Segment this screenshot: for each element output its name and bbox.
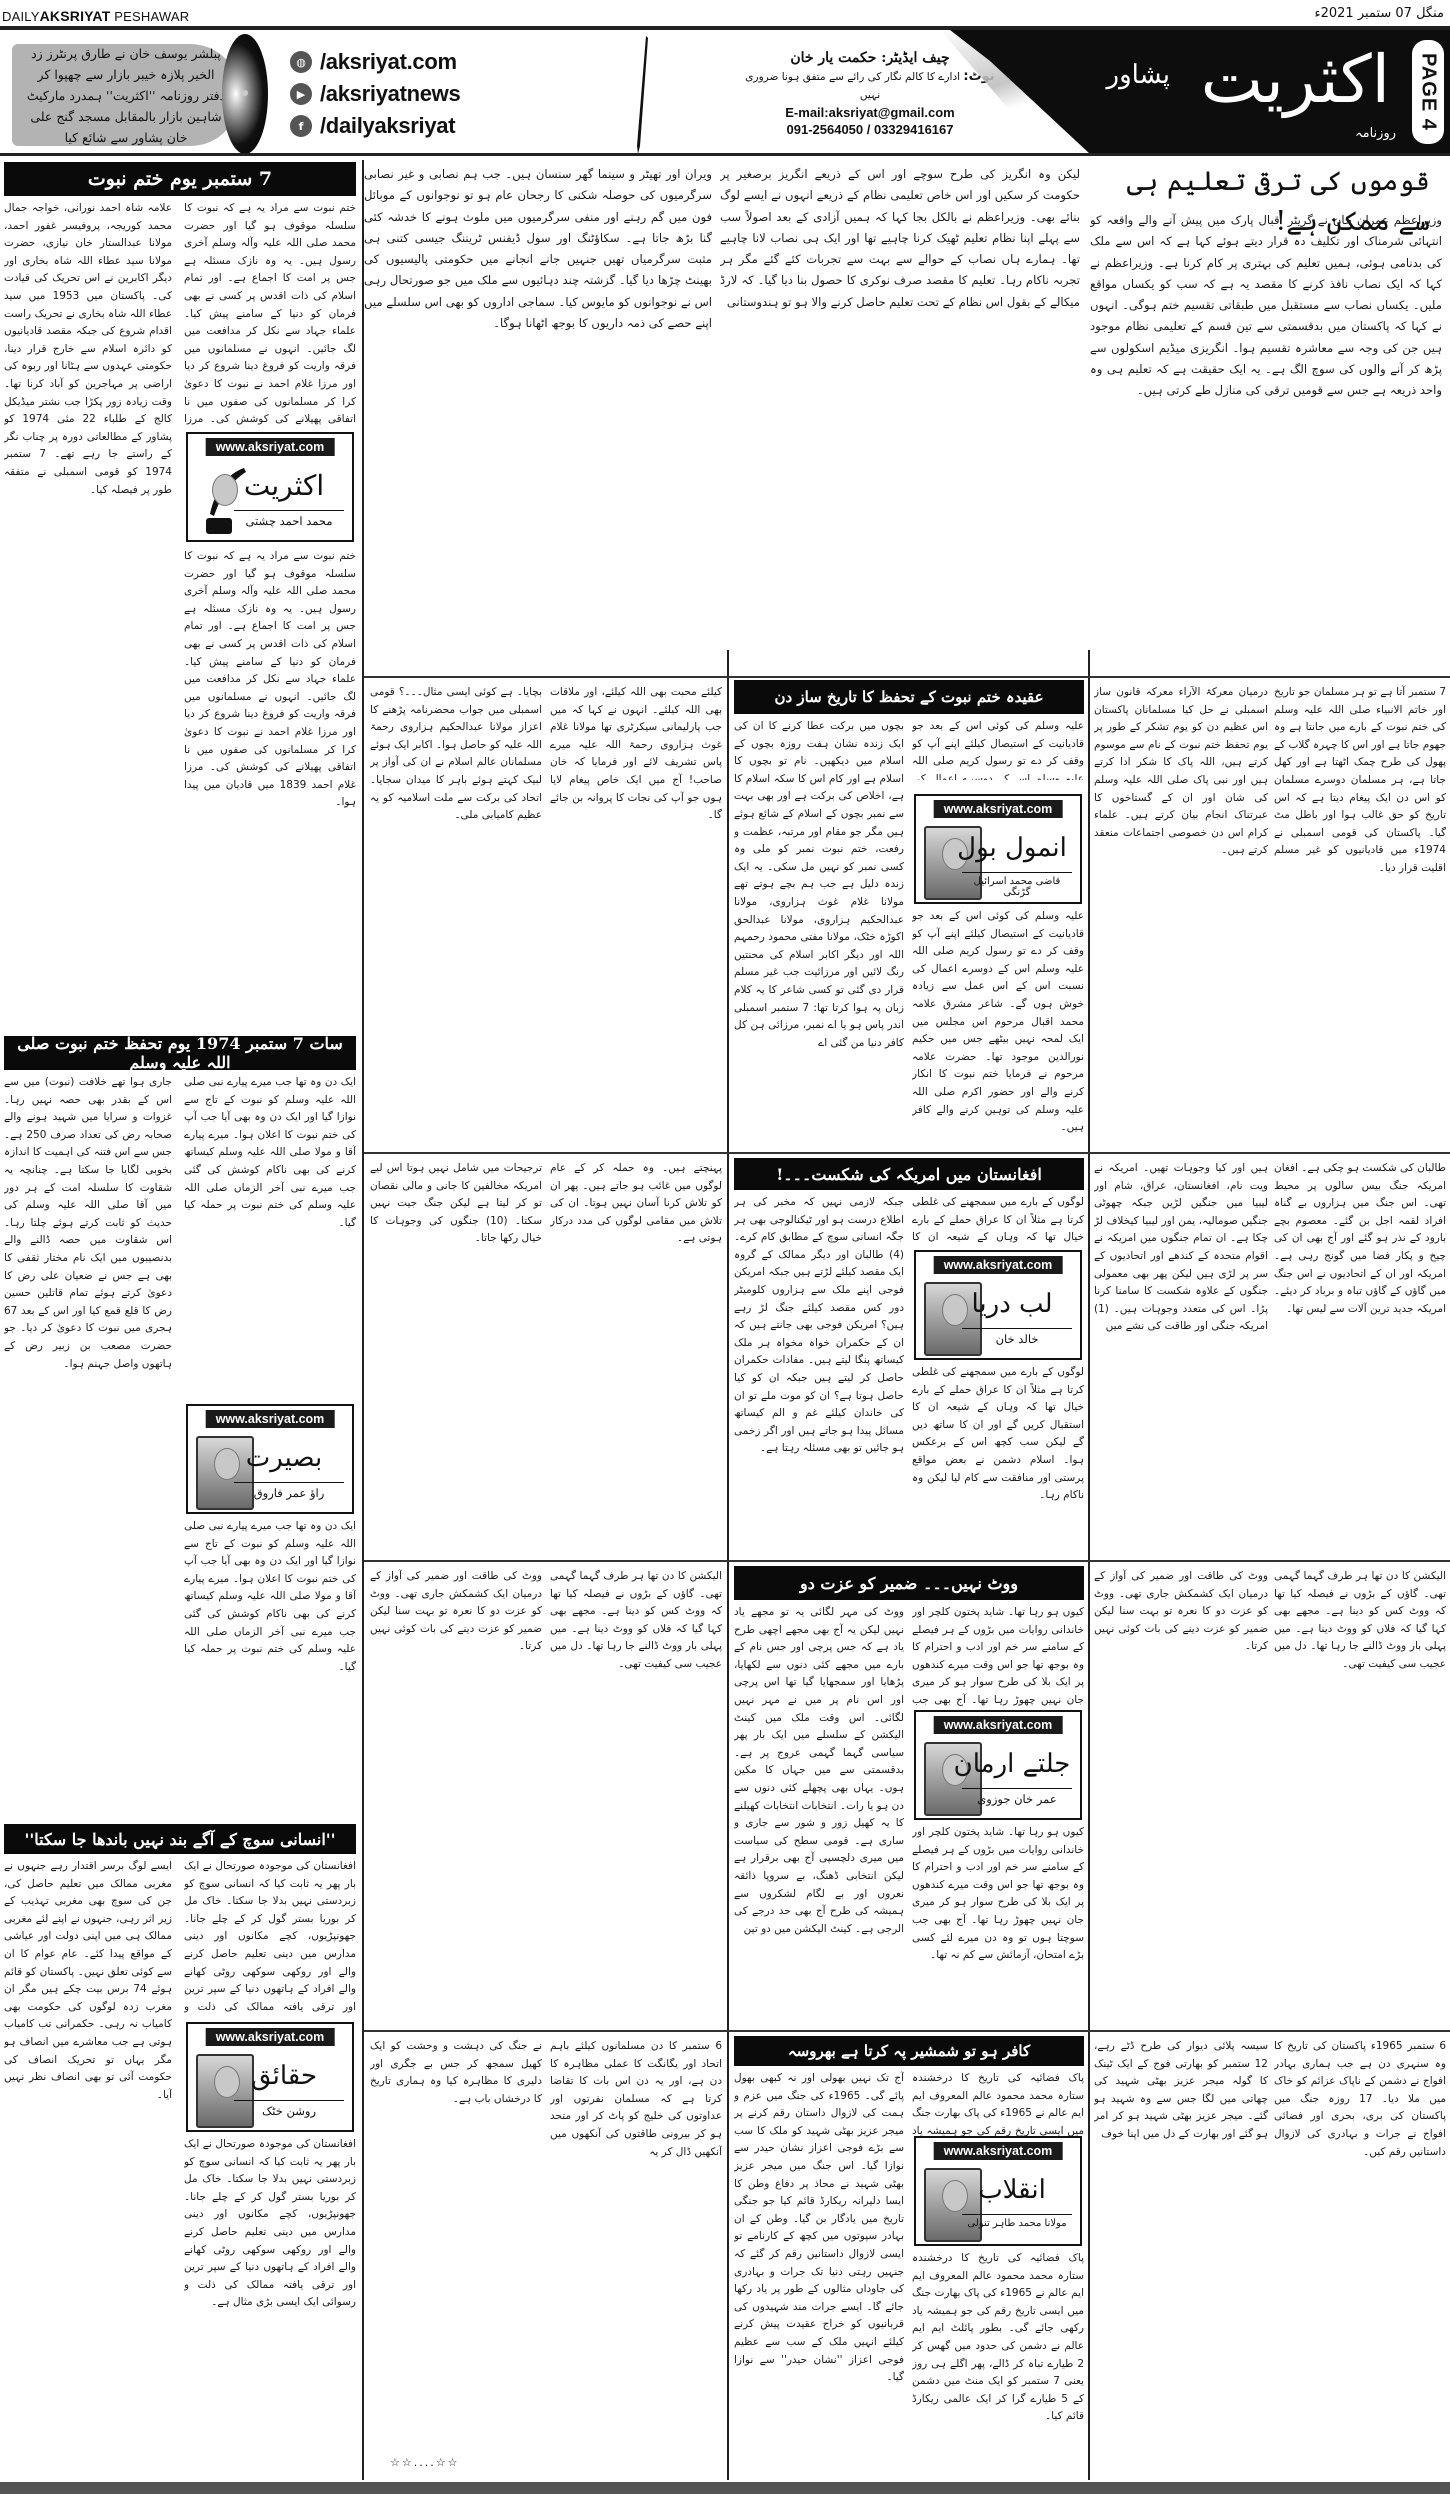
- columnist-box: www.aksriyat.com انمول بول قاضی محمد اسر…: [914, 794, 1082, 904]
- section-header-vote: ووٹ نہیں۔۔۔ ضمیر کو عزت دو: [734, 1566, 1084, 1600]
- article-column: ختم نبوت سے مراد یہ ہے کہ نبوت کا سلسلہ …: [184, 200, 356, 428]
- newspaper-logo: اکثریت: [1201, 40, 1390, 120]
- article-column: ووٹ کی مہر لگائی یہ تو مجھے یاد نہیں لیک…: [734, 1604, 904, 2024]
- article-column: لوگوں کے بارے میں سمجھنے کی غلطی کرتا ہے…: [912, 1194, 1084, 1248]
- editorial-column-3: ویران اور تھیٹر و سینما گھر سنسان ہیں۔ ج…: [364, 164, 712, 650]
- columnist-box: www.aksriyat.com لب دریا خالد خان: [914, 1250, 1082, 1360]
- website-label: www.aksriyat.com: [934, 800, 1063, 818]
- contact-phone: 091-2564050 / 03329416167: [740, 121, 1000, 138]
- masthead: پبلشر یوسف خان نے طارق پرنٹرز زد الخیر پ…: [0, 26, 1450, 156]
- paper-name-suffix: PESHAWAR: [114, 9, 189, 24]
- section-header-khatm-e-nabuwwat: 7 ستمبر یوم ختم نبوت: [4, 162, 356, 196]
- columnist-title: انمول بول: [952, 830, 1072, 866]
- issue-date: منگل 07 ستمبر 2021ء: [1314, 6, 1444, 21]
- website-label: www.aksriyat.com: [206, 438, 335, 456]
- columnist-title: اکثریت: [224, 468, 344, 504]
- page-badge: PAGE 4: [1412, 40, 1444, 144]
- article-column: ہیں اور کیا وجوہات تھیں۔ امریکہ نے ویت ن…: [1094, 1160, 1268, 1554]
- columnist-author: روشن خٹک: [234, 2104, 344, 2118]
- article-column: کیوں ہو رہا تھا۔ شاید پختون کلچر اور خان…: [912, 1604, 1084, 1710]
- columnist-box: www.aksriyat.com اکثریت محمد احمد چشتی: [186, 432, 354, 542]
- website-label: www.aksriyat.com: [934, 2142, 1063, 2160]
- article-column: ختم نبوت سے مراد یہ ہے کہ نبوت کا سلسلہ …: [184, 548, 356, 1020]
- section-divider: [364, 1152, 1450, 1154]
- article-column: 6 ستمبر کا دن مسلمانوں کیلئے باہم اتحاد …: [550, 2038, 722, 2478]
- section-divider: [364, 1560, 1450, 1562]
- article-column: ووٹ کی طاقت اور ضمیر کی آواز کے درمیان ا…: [1094, 1568, 1268, 2024]
- editorial-column-1: وزیراعظم عمران خان نے گریٹر اقبال پارک م…: [1090, 210, 1442, 650]
- article-column: نے جنگ کی دہشت و وحشت کو ایک کھیل سمجھ ک…: [370, 2038, 542, 2438]
- publisher-box: پبلشر یوسف خان نے طارق پرنٹرز زد الخیر پ…: [12, 44, 240, 146]
- article-column: 7 ستمبر آتا ہے تو ہر مسلمان جو تاریخ اور…: [1274, 684, 1446, 1146]
- end-stars: ☆☆....☆☆: [390, 2456, 459, 2469]
- editor-block: چیف ایڈیٹر: حکمت یار خان نوٹ: ادارے کا ک…: [740, 48, 1000, 138]
- social-link-text[interactable]: /aksriyatnews: [320, 81, 460, 107]
- social-link-text[interactable]: /dailyaksriyat: [320, 113, 455, 139]
- website-label: www.aksriyat.com: [934, 1716, 1063, 1734]
- editorial-note: نوٹ: ادارے کا کالم نگار کی رائے سے متفق …: [740, 68, 1000, 104]
- columnist-title: حقائق: [224, 2058, 344, 2094]
- facebook-icon: f: [290, 115, 312, 137]
- disc-graphic: [222, 34, 268, 154]
- logo-city: پشاور: [1107, 60, 1170, 90]
- publisher-text: پبلشر یوسف خان نے طارق پرنٹرز زد الخیر پ…: [26, 43, 226, 148]
- section-header-afghanistan: افغانستان میں امریکہ کی شکست۔۔۔!: [734, 1158, 1084, 1190]
- article-column: ایک دن وہ تھا جب میرے پیارے نبی صلی اللہ…: [184, 1074, 356, 1400]
- article-column: علامہ شاہ احمد نورانی، خواجہ جمال محمد ک…: [4, 200, 172, 1020]
- youtube-icon: ▶: [290, 83, 312, 105]
- article-column: درمیان معرکۃ الآراء معرکہ قانون ساز اسمب…: [1094, 684, 1268, 1146]
- columnist-title: بصیرت: [224, 1440, 344, 1476]
- separator: [234, 510, 344, 511]
- column-divider: [1088, 650, 1090, 2480]
- globe-icon: ◍: [290, 51, 312, 73]
- paper-name-bold: AKSRIYAT: [40, 8, 111, 24]
- social-link-website[interactable]: ◍ /aksriyat.com: [290, 46, 610, 78]
- social-link-text[interactable]: /aksriyat.com: [320, 49, 457, 75]
- columnist-author: راؤ عمر فاروق: [234, 1486, 344, 1500]
- paper-name: DAILYAKSRIYAT PESHAWAR: [2, 8, 189, 24]
- top-line: DAILYAKSRIYAT PESHAWAR منگل 07 ستمبر 202…: [0, 0, 1450, 26]
- article-column: جاری ہوا تھے خلافت (نبوت) میں سے اس کے ب…: [4, 1074, 172, 1814]
- article-column: علیہ وسلم کی کوئی اس کے بعد جو قادیانیت …: [912, 908, 1084, 1148]
- website-label: www.aksriyat.com: [206, 2028, 335, 2046]
- columnist-title: لب دریا: [952, 1286, 1072, 1322]
- article-column: سیسہ پلائی دیوار کی طرح ڈٹے رہے، 12 ستمب…: [1094, 2038, 1268, 2478]
- column-divider: [727, 650, 729, 2480]
- article-column: پہنچتے ہیں۔ وہ حملہ کر کے عام لوگوں میں …: [550, 1160, 722, 1554]
- columnist-box: www.aksriyat.com بصیرت راؤ عمر فاروق: [186, 1404, 354, 1514]
- article-column: پاک فضائیہ کی تاریخ کا درخشندہ ستارہ محم…: [912, 2070, 1084, 2142]
- columnist-title: انقلاب: [952, 2172, 1072, 2208]
- article-column: جبکہ لازمی نہیں کہ مخبر کی ہر اطلاع درست…: [734, 1194, 904, 1554]
- page-number: PAGE 4: [1417, 53, 1440, 131]
- article-column: بچایا۔ ہے کوئی ایسی مثال۔۔۔؟ قومی اسمبلی…: [370, 684, 542, 1144]
- article-column: ووٹ کی طاقت اور ضمیر کی آواز کے درمیان ا…: [370, 1568, 542, 2024]
- article-column: کیلئے محبت بھی اللہ کیلئے، اور ملاقات بھ…: [550, 684, 722, 1144]
- separator: [962, 2214, 1072, 2215]
- columnist-author: خالد خان: [962, 1332, 1072, 1346]
- website-label: www.aksriyat.com: [934, 1256, 1063, 1274]
- pen-icon: [636, 36, 648, 156]
- columnist-title: جلتے ارمان: [952, 1746, 1072, 1782]
- article-column: افغانستان کی موجودہ صورتحال نے ایک بار پ…: [184, 1858, 356, 2018]
- columnist-box: www.aksriyat.com جلتے ارمان عمر خان جوزو…: [914, 1710, 1082, 1820]
- bottom-bar: [0, 2482, 1450, 2494]
- section-header-insani-soch: ''انسانی سوچ کے آگے بند نہیں باندھا جا س…: [4, 1824, 356, 1854]
- article-column: طالبان کی شکست ہو چکی ہے۔ افغان امریکہ ج…: [1274, 1160, 1446, 1554]
- article-column: علیہ وسلم کی کوئی اس کے بعد جو قادیانیت …: [912, 718, 1084, 780]
- section-divider: [364, 676, 1450, 678]
- article-column: ایک دن وہ تھا جب میرے پیارے نبی صلی اللہ…: [184, 1518, 356, 1814]
- social-link-facebook[interactable]: f /dailyaksriyat: [290, 110, 610, 142]
- separator: [234, 2100, 344, 2101]
- website-label: www.aksriyat.com: [206, 1410, 335, 1428]
- separator: [962, 1788, 1072, 1789]
- contact-email[interactable]: E-mail:aksriyat@gmail.com: [740, 104, 1000, 121]
- paper-name-prefix: DAILY: [2, 9, 40, 24]
- article-column: بچوں میں برکت عطا کرنے کا ان کی ایک زندہ…: [734, 718, 904, 1148]
- section-header-kafir: کافر ہو تو شمشیر پہ کرتا ہے بھروسہ: [734, 2036, 1084, 2066]
- separator: [962, 1328, 1072, 1329]
- article-column: آج تک نہیں بھولی اور نہ کبھی بھول پائے گ…: [734, 2070, 904, 2478]
- columnist-author: مولانا محمد طاہر تنولی: [962, 2218, 1072, 2229]
- columnist-author: عمر خان جوزوی: [962, 1792, 1072, 1806]
- article-column: الیکشن کا دن تھا ہر طرف گہما گہمی تھی۔ گ…: [1274, 1568, 1446, 2024]
- disc-dot: [242, 90, 248, 96]
- separator: [234, 1482, 344, 1483]
- logo-daily: روزنامہ: [1355, 126, 1396, 141]
- columnist-box: www.aksriyat.com انقلاب مولانا محمد طاہر…: [914, 2136, 1082, 2246]
- columnist-box: www.aksriyat.com حقائق روشن خٹک: [186, 2022, 354, 2132]
- columnist-author: قاضی محمد اسرائیل گڑنگی: [962, 876, 1072, 898]
- social-link-youtube[interactable]: ▶ /aksriyatnews: [290, 78, 610, 110]
- article-column: لوگوں کے بارے میں سمجھنے کی غلطی کرتا ہے…: [912, 1364, 1084, 1554]
- columnist-author: محمد احمد چشتی: [234, 514, 344, 528]
- separator: [962, 872, 1072, 873]
- article-column: پاک فضائیہ کی تاریخ کا درخشندہ ستارہ محم…: [912, 2250, 1084, 2478]
- article-column: افغانستان کی موجودہ صورتحال نے ایک بار پ…: [184, 2136, 356, 2478]
- article-column: کیوں ہو رہا تھا۔ شاید پختون کلچر اور خان…: [912, 1824, 1084, 2024]
- editorial-column-2: لیکن وہ انگریز کی طرح سوچے اور اس کے ذری…: [720, 164, 1080, 650]
- article-column: ترجیحات میں شامل نہیں ہوتا اس لیے امریکہ…: [370, 1160, 542, 1554]
- note-text: ادارے کا کالم نگار کی رائے سے متفق ہونا …: [745, 71, 960, 101]
- social-links: ◍ /aksriyat.com ▶ /aksriyatnews f /daily…: [290, 46, 610, 142]
- section-divider: [364, 2030, 1450, 2032]
- article-column: 6 ستمبر 1965ء پاکستان کی تاریخ کا وہ سنہ…: [1274, 2038, 1446, 2478]
- article-column: الیکشن کا دن تھا ہر طرف گہما گہمی تھی۔ گ…: [550, 1568, 722, 2024]
- section-header-yaum-e-tahaffuz: سات 7 ستمبر 1974 یوم تحفظ ختم نبوت صلی ا…: [4, 1036, 356, 1070]
- article-column: ایسے لوگ برسر اقتدار رہے جنہوں نے مغربی …: [4, 1858, 172, 2478]
- section-header-aqeeda: عقیدہ ختم نبوت کے تحفظ کا تاریخ ساز دن: [734, 680, 1084, 714]
